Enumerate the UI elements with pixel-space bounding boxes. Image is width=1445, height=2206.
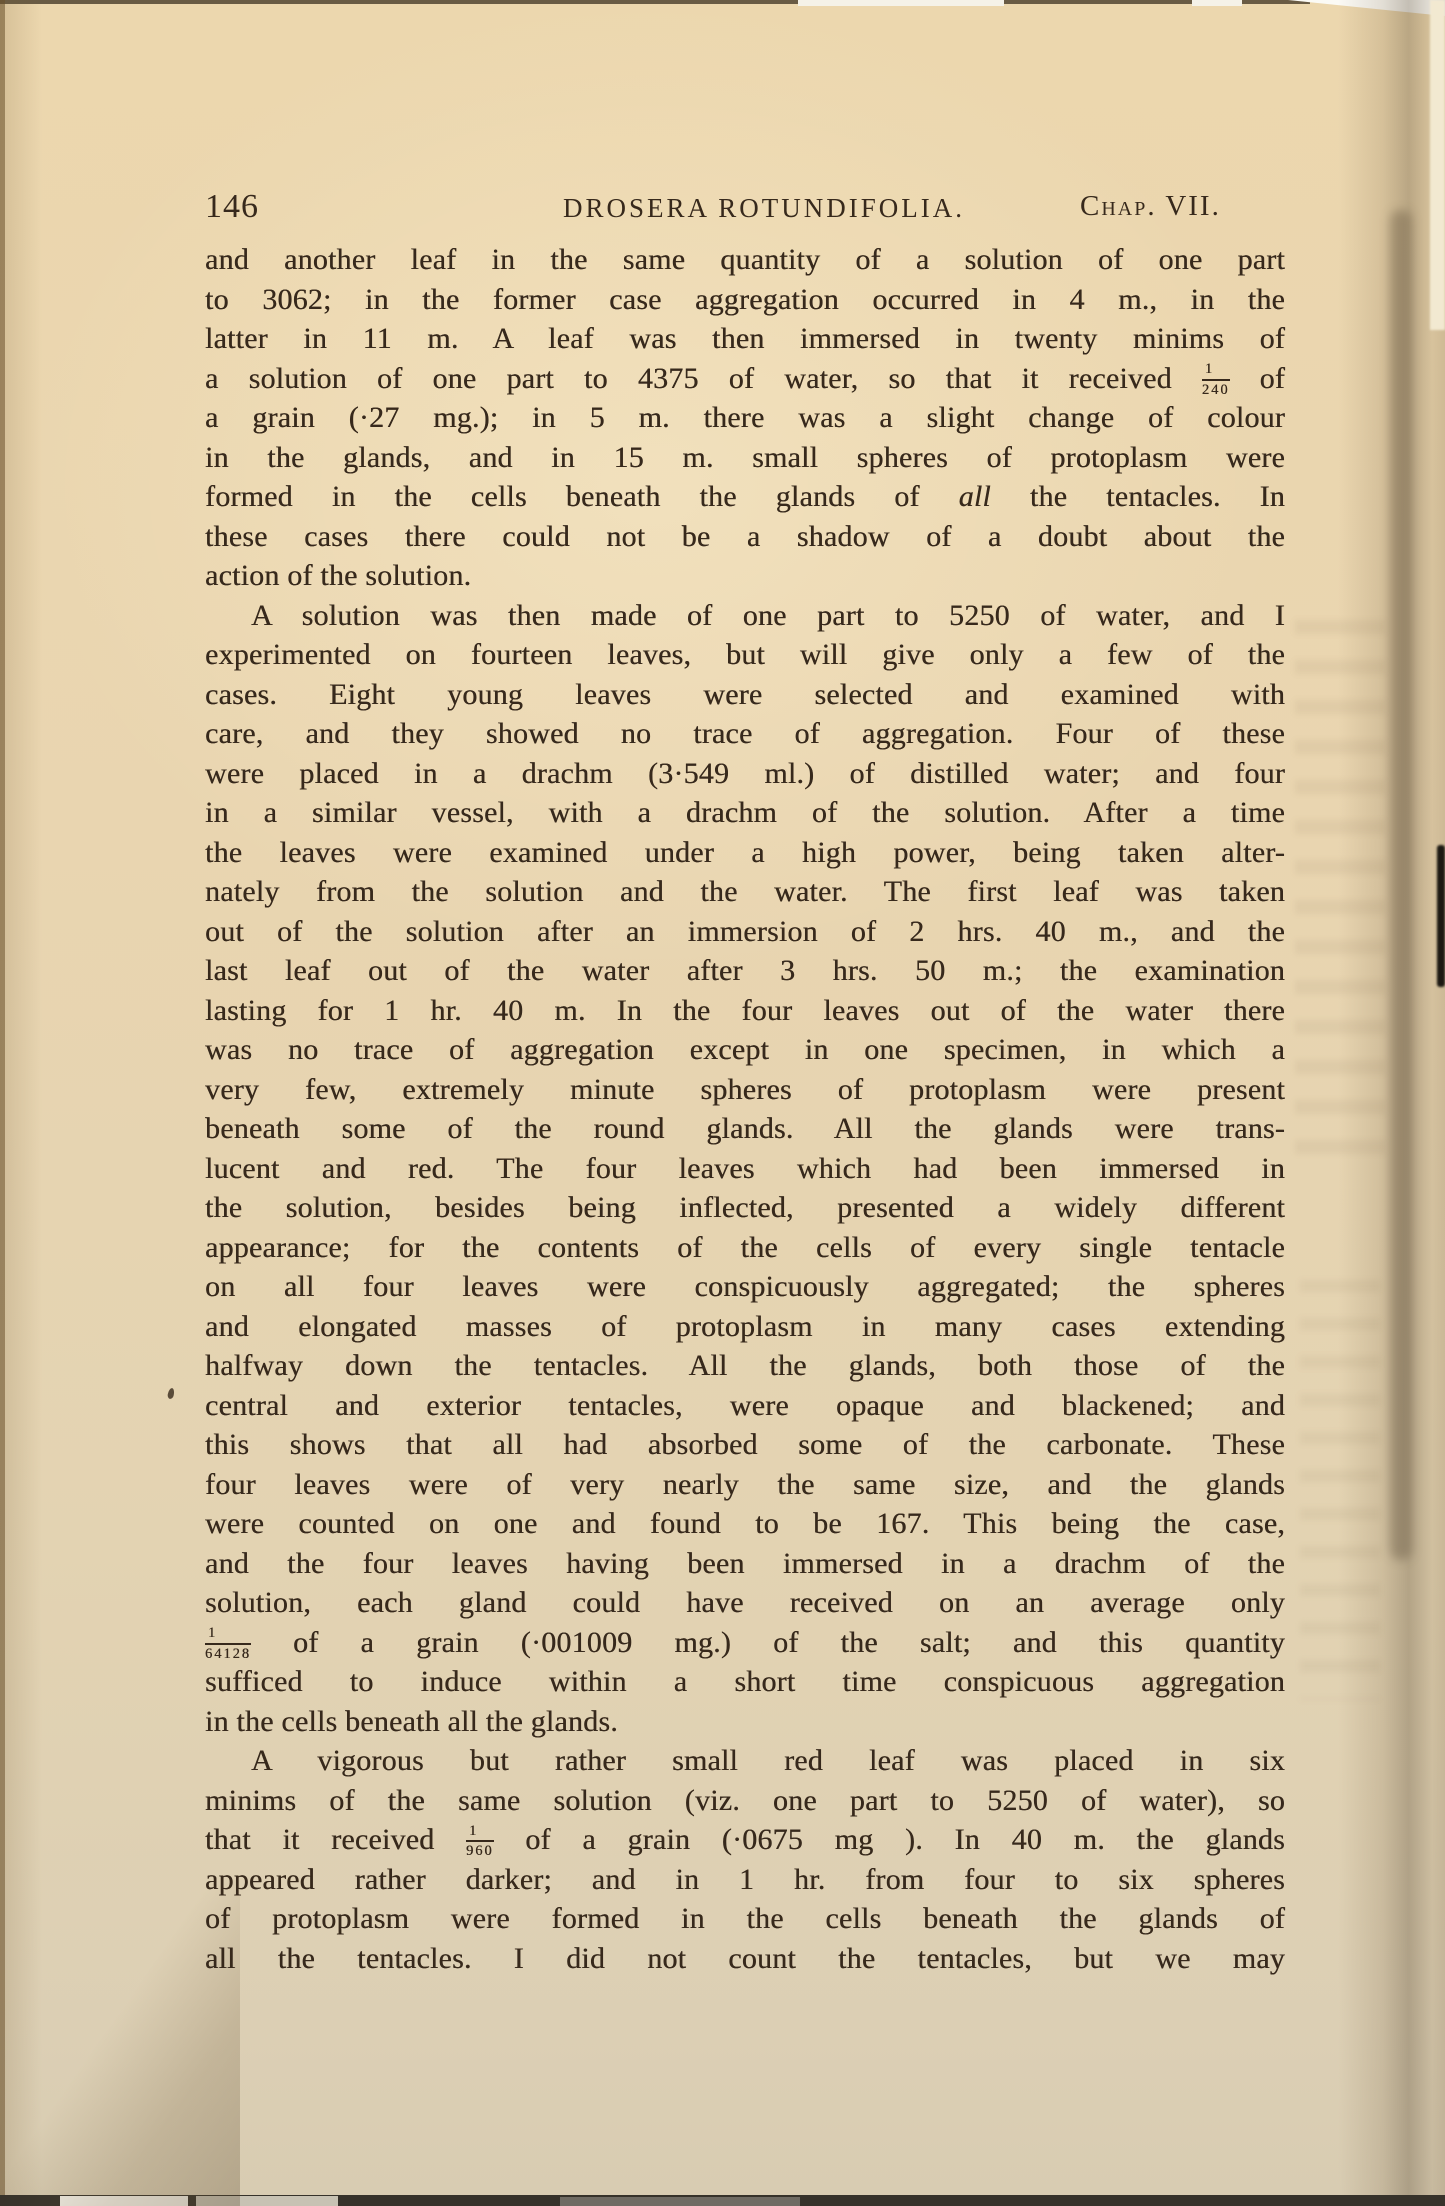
body-text: and another leaf in the same quantity of…: [205, 240, 1285, 1978]
stacked-fraction: 1960: [466, 1824, 494, 1859]
text-line: in the glands, and in 15 m. small sphere…: [205, 438, 1285, 478]
text-line: the solution, besides being inflected, p…: [205, 1188, 1285, 1228]
text-line: sufficed to induce within a short time c…: [205, 1662, 1285, 1702]
text-line: a solution of one part to 4375 of water,…: [205, 359, 1285, 399]
text-line: in a similar vessel, with a drachm of th…: [205, 793, 1285, 833]
text-line: central and exterior tentacles, were opa…: [205, 1386, 1285, 1426]
italic-text: all: [959, 480, 991, 513]
page-gutter-streak: [1390, 210, 1412, 1560]
text-line: solution, each gland could have received…: [205, 1583, 1285, 1623]
scan-edge-right-sliver: [1437, 845, 1445, 987]
text-line: minims of the same solution (viz. one pa…: [205, 1781, 1285, 1821]
chapter-label: Chap. VII.: [1080, 190, 1221, 223]
scan-edge-top-gap: [798, 0, 1004, 6]
text-line: 164128 of a grain (·001009 mg.) of the s…: [205, 1623, 1285, 1663]
text-line: latter in 11 m. A leaf was then immersed…: [205, 319, 1285, 359]
text-line: action of the solution.: [205, 556, 1285, 596]
text-line: cases. Eight young leaves were selected …: [205, 675, 1285, 715]
scan-edge-top-gap: [1192, 0, 1242, 6]
text-line: very few, extremely minute spheres of pr…: [205, 1070, 1285, 1110]
scan-edge-left: [0, 0, 5, 2206]
text-line: this shows that all had absorbed some of…: [205, 1425, 1285, 1465]
text-line: beneath some of the round glands. All th…: [205, 1109, 1285, 1149]
text-line: formed in the cells beneath the glands o…: [205, 477, 1285, 517]
text-line: a grain (·27 mg.); in 5 m. there was a s…: [205, 398, 1285, 438]
text-line: the leaves were examined under a high po…: [205, 833, 1285, 873]
text-line: on all four leaves were conspicuously ag…: [205, 1267, 1285, 1307]
scan-edge-top: [0, 0, 1310, 4]
text-line: all the tentacles. I did not count the t…: [205, 1939, 1285, 1979]
text-line: to 3062; in the former case aggregation …: [205, 280, 1285, 320]
page-gutter-shadow: [1338, 0, 1445, 2206]
text-line: A solution was then made of one part to …: [205, 596, 1285, 636]
reverse-side-ghosting: [1295, 620, 1385, 1180]
text-line: lasting for 1 hr. 40 m. In the four leav…: [205, 991, 1285, 1031]
text-line: in the cells beneath all the glands.: [205, 1702, 1285, 1742]
stacked-fraction: 164128: [205, 1626, 251, 1661]
text-line: care, and they showed no trace of aggreg…: [205, 714, 1285, 754]
text-line: four leaves were of very nearly the same…: [205, 1465, 1285, 1505]
text-line: was no trace of aggregation except in on…: [205, 1030, 1285, 1070]
scan-edge-bottom: [0, 2195, 1445, 2206]
text-line: and elongated masses of protoplasm in ma…: [205, 1307, 1285, 1347]
text-line: lucent and red. The four leaves which ha…: [205, 1149, 1285, 1189]
text-line: were placed in a drachm (3·549 ml.) of d…: [205, 754, 1285, 794]
reverse-side-ghosting: [1300, 1280, 1380, 1700]
text-line: these cases there could not be a shadow …: [205, 517, 1285, 557]
scan-edge-bottom-gap: [560, 2197, 800, 2206]
text-line: and the four leaves having been immersed…: [205, 1544, 1285, 1584]
text-line: that it received 1960 of a grain (·0675 …: [205, 1820, 1285, 1860]
text-line: A vigorous but rather small red leaf was…: [205, 1741, 1285, 1781]
scan-edge-left-shadow: [0, 0, 42, 2206]
text-line: appearance; for the contents of the cell…: [205, 1228, 1285, 1268]
text-line: were counted on one and found to be 167.…: [205, 1504, 1285, 1544]
text-line: out of the solution after an immersion o…: [205, 912, 1285, 952]
book-page-scan: 146 DROSERA ROTUNDIFOLIA. Chap. VII. and…: [0, 0, 1445, 2206]
text-line: appeared rather darker; and in 1 hr. fro…: [205, 1860, 1285, 1900]
running-title: DROSERA ROTUNDIFOLIA.: [563, 193, 965, 224]
page-number: 146: [205, 188, 259, 226]
text-line: experimented on fourteen leaves, but wil…: [205, 635, 1285, 675]
page-header: 146 DROSERA ROTUNDIFOLIA. Chap. VII.: [0, 188, 1445, 236]
ink-speck: [167, 1387, 175, 1399]
scan-edge-bottom-gap: [196, 2196, 338, 2206]
scan-edge-top-wedge: [1288, 0, 1445, 16]
scan-edge-bottom-gap: [60, 2196, 188, 2206]
page-corner-curl: [0, 1880, 240, 2206]
scan-edge-right-light: [1430, 0, 1445, 330]
text-line: nately from the solution and the water. …: [205, 872, 1285, 912]
text-line: of protoplasm were formed in the cells b…: [205, 1899, 1285, 1939]
text-line: last leaf out of the water after 3 hrs. …: [205, 951, 1285, 991]
stacked-fraction: 1240: [1202, 362, 1230, 397]
text-line: halfway down the tentacles. All the glan…: [205, 1346, 1285, 1386]
text-line: and another leaf in the same quantity of…: [205, 240, 1285, 280]
